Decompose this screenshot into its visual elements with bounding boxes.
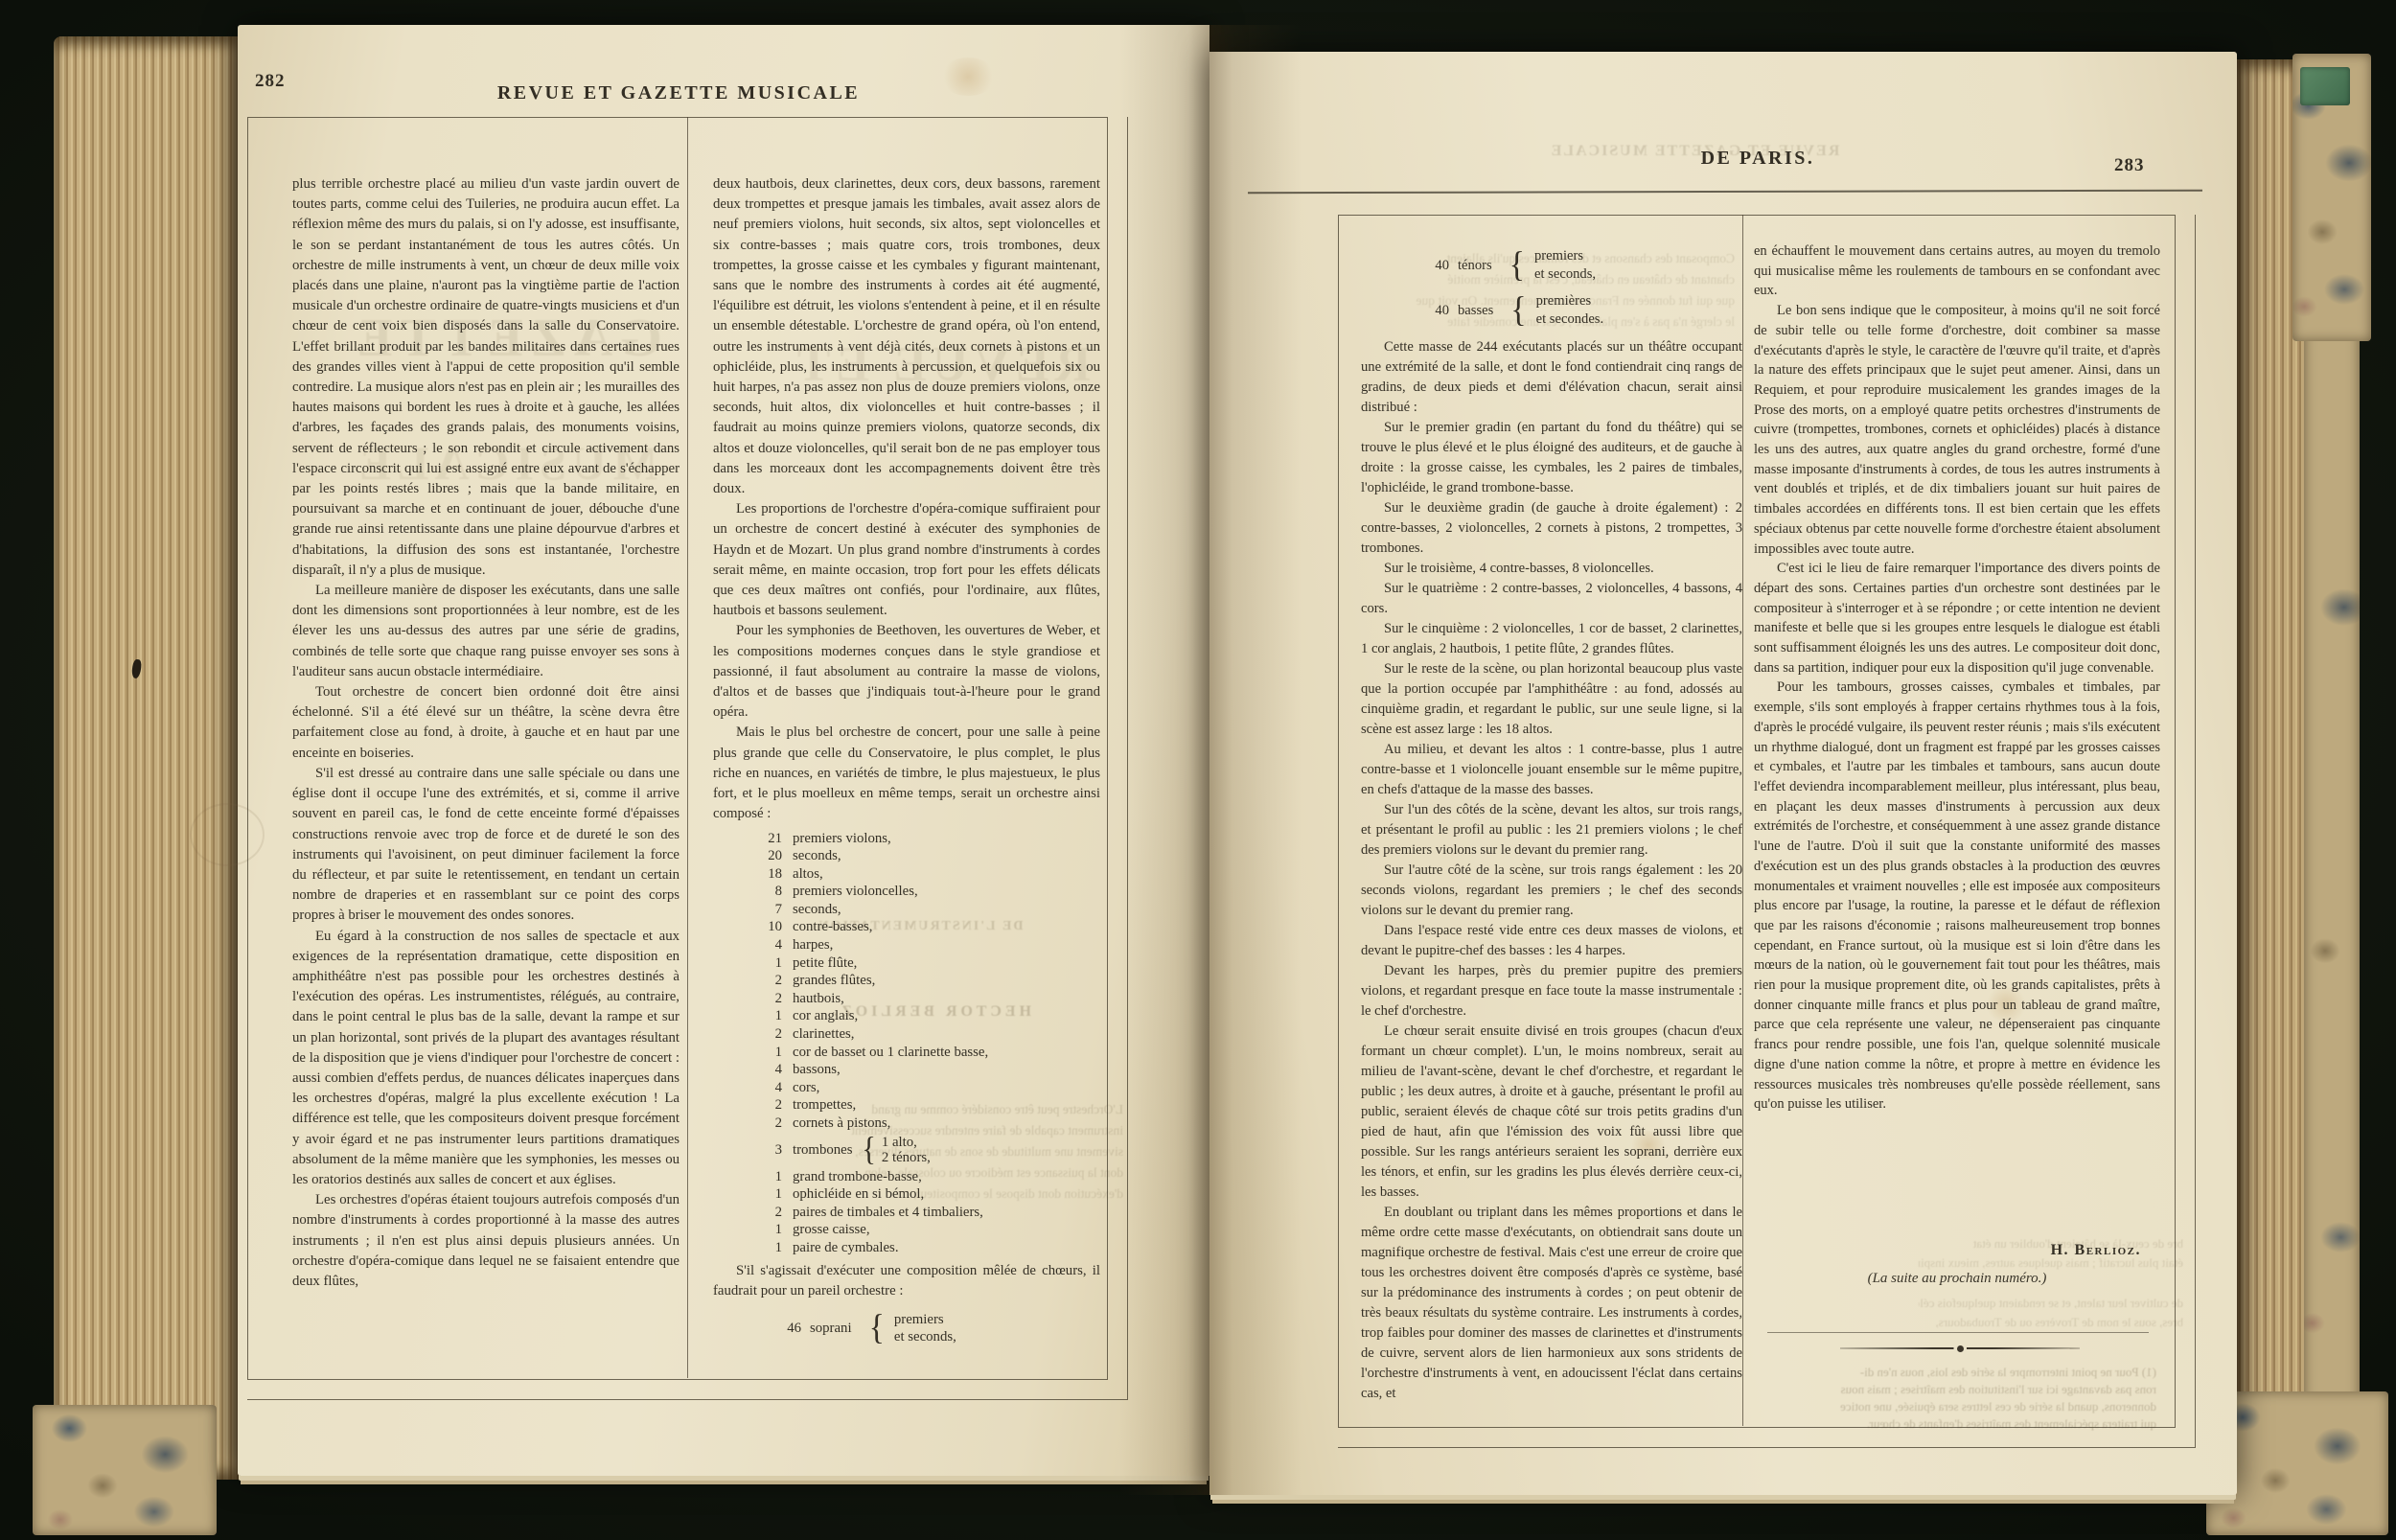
orchestra-list-item: 20seconds, [751, 847, 1100, 865]
paragraph: deux hautbois, deux clarinettes, deux co… [713, 174, 1100, 499]
paragraph: Les orchestres d'opéras étaient toujours… [292, 1190, 680, 1292]
column-1-paragraphs: Cette masse de 244 exécutants placés sur… [1361, 337, 1742, 1404]
paragraph: La meilleure manière de disposer les exé… [292, 581, 680, 682]
orchestra-list-item: 1petite flûte, [751, 954, 1100, 973]
paragraph: S'il s'agissait d'exécuter une compositi… [713, 1261, 1100, 1301]
voice-group-row: 46soprani{premierset seconds, [769, 1311, 1100, 1346]
orchestra-list-item: 2trompettes, [751, 1096, 1100, 1115]
paragraph: Sur l'autre côté de la scène, sur trois … [1361, 861, 1742, 921]
orchestra-list-item: 10contre-basses, [751, 918, 1100, 936]
orchestra-list-item: 3trombones{1 alto,2 ténors, [751, 1135, 1100, 1166]
orchestra-list-item: 8premiers violoncelles, [751, 883, 1100, 901]
brace-glyph: { [1510, 301, 1526, 320]
orchestra-list-item: 2paires de timbales et 4 timbaliers, [751, 1204, 1100, 1222]
paragraph: Sur le deuxième gradin (de gauche à droi… [1361, 498, 1742, 559]
column-divider-left-page [687, 117, 688, 1378]
orchestra-list-item: 18altos, [751, 865, 1100, 884]
running-title-right: DE PARIS. [1340, 148, 2176, 170]
orchestra-list-item: 2hautbois, [751, 990, 1100, 1008]
paragraph: S'il est dressé au contraire dans une sa… [292, 764, 680, 927]
orchestra-list-item: 2cornets à pistons, [751, 1115, 1100, 1133]
paragraph: Sur le premier gradin (en partant du fon… [1361, 418, 1742, 498]
paragraph: Tout orchestre de concert bien ordonné d… [292, 682, 680, 764]
marbled-cover-right [2304, 63, 2360, 1495]
paragraph: Sur le reste de la scène, ou plan horizo… [1361, 659, 1742, 740]
author-signature: H. Berlioz. [1754, 1242, 2168, 1259]
header-rule-right-page [1248, 190, 2202, 195]
orchestra-list-item: 1grosse caisse, [751, 1221, 1100, 1239]
paragraph: Sur l'un des côtés de la scène, devant l… [1361, 800, 1742, 861]
paragraph: Eu égard à la construction de nos salles… [292, 927, 680, 1191]
ornament-dot [1957, 1345, 1964, 1352]
chorus-voice-groups: 40ténors{premierset seconds,40basses{pre… [1361, 247, 1742, 328]
soprani-voice-group: 46soprani{premierset seconds, [713, 1311, 1100, 1346]
book-scan: REVUE ET GAZETTE MUSICALEGAZETTEMUSICALE… [0, 0, 2396, 1540]
paragraph: Le bon sens indique que le compositeur, … [1754, 301, 2160, 559]
paragraph: En doublant ou triplant dans les mêmes p… [1361, 1203, 1742, 1404]
cover-cloth-fragment [2300, 67, 2350, 105]
right-page-stack-edges [2235, 59, 2315, 1495]
orchestra-list-item: 2clarinettes, [751, 1025, 1100, 1044]
orchestra-list-item: 4cors, [751, 1079, 1100, 1097]
orchestra-composition-list: 21premiers violons,20seconds,18altos,8pr… [751, 830, 1100, 1257]
binding-gutter-shadow [1119, 25, 1302, 1495]
paragraph: Dans l'espace resté vide entre ces deux … [1361, 921, 1742, 961]
right-page-column-1: 40ténors{premierset seconds,40basses{pre… [1361, 240, 1742, 1418]
paragraph: C'est ici le lieu de faire remarquer l'i… [1754, 559, 2160, 678]
brace-glyph: { [862, 1139, 875, 1160]
brace-glyph: { [869, 1320, 885, 1339]
paragraph: Sur le troisième, 4 contre-basses, 8 vio… [1361, 559, 1742, 579]
paragraph: Le chœur serait ensuite divisé en trois … [1361, 1022, 1742, 1203]
end-of-article-rule [1767, 1332, 2149, 1333]
column-2-intro-paragraphs: deux hautbois, deux clarinettes, deux co… [713, 174, 1100, 825]
left-page-stack-edges [54, 36, 240, 1480]
orchestra-list-item: 1cor de basset ou 1 clarinette basse, [751, 1044, 1100, 1062]
voice-group-row: 40basses{premièreset secondes. [1417, 292, 1742, 328]
paragraph: plus terrible orchestre placé au milieu … [292, 174, 680, 581]
orchestra-list-item: 4bassons, [751, 1061, 1100, 1079]
paragraph: Devant les harpes, près du premier pupit… [1361, 961, 1742, 1022]
paragraph: Au milieu, et devant les altos : 1 contr… [1361, 740, 1742, 800]
orchestra-list-item: 21premiers violons, [751, 830, 1100, 848]
orchestra-list-item: 1paire de cymbales. [751, 1239, 1100, 1257]
paragraph: en échauffent le mouvement dans certains… [1754, 241, 2160, 301]
marbled-cover-bottom-right-corner [2206, 1391, 2388, 1535]
end-of-article-ornament [1840, 1344, 2080, 1353]
right-page-column-2: en échauffent le mouvement dans certains… [1754, 241, 2160, 1244]
paragraph: Cette masse de 244 exécutants placés sur… [1361, 337, 1742, 418]
column-2-outro-paragraphs: S'il s'agissait d'exécuter une compositi… [713, 1261, 1100, 1301]
marbled-cover-bottom-left-corner [33, 1405, 217, 1535]
paragraph: Sur le cinquième : 2 violoncelles, 1 cor… [1361, 619, 1742, 659]
page-number-right: 283 [2114, 155, 2145, 176]
column-divider-right-page [1742, 215, 1743, 1426]
left-page-column-2: deux hautbois, deux clarinettes, deux co… [713, 174, 1100, 1378]
paragraph: Sur le quatrième : 2 contre-basses, 2 vi… [1361, 579, 1742, 619]
orchestra-list-item: 1cor anglais, [751, 1007, 1100, 1025]
left-page-column-1: plus terrible orchestre placé au milieu … [292, 174, 680, 1365]
orchestra-list-item: 1ophicléide en si bémol, [751, 1185, 1100, 1204]
running-title-left: REVUE ET GAZETTE MUSICALE [247, 82, 1110, 104]
orchestra-list-item: 2grandes flûtes, [751, 972, 1100, 990]
continuation-note: (La suite au prochain numéro.) [1754, 1271, 2160, 1287]
paragraph: Pour les tambours, grosses caisses, cymb… [1754, 678, 2160, 1114]
orchestra-list-item: 1grand trombone-basse, [751, 1168, 1100, 1186]
ink-mark-on-page-edge [131, 658, 143, 678]
marbled-cover-top-right-corner [2292, 54, 2371, 341]
paragraph: Mais le plus bel orchestre de concert, p… [713, 723, 1100, 824]
voice-group-row: 40ténors{premierset seconds, [1417, 247, 1742, 283]
orchestra-list-item: 7seconds, [751, 901, 1100, 919]
ornament-right-bar [1967, 1347, 2081, 1349]
paragraph: Les proportions de l'orchestre d'opéra-c… [713, 499, 1100, 621]
ornament-left-bar [1840, 1347, 1954, 1349]
orchestra-list-item: 4harpes, [751, 936, 1100, 954]
paragraph: Pour les symphonies de Beethoven, les ou… [713, 621, 1100, 723]
brace-glyph: { [1509, 256, 1525, 275]
